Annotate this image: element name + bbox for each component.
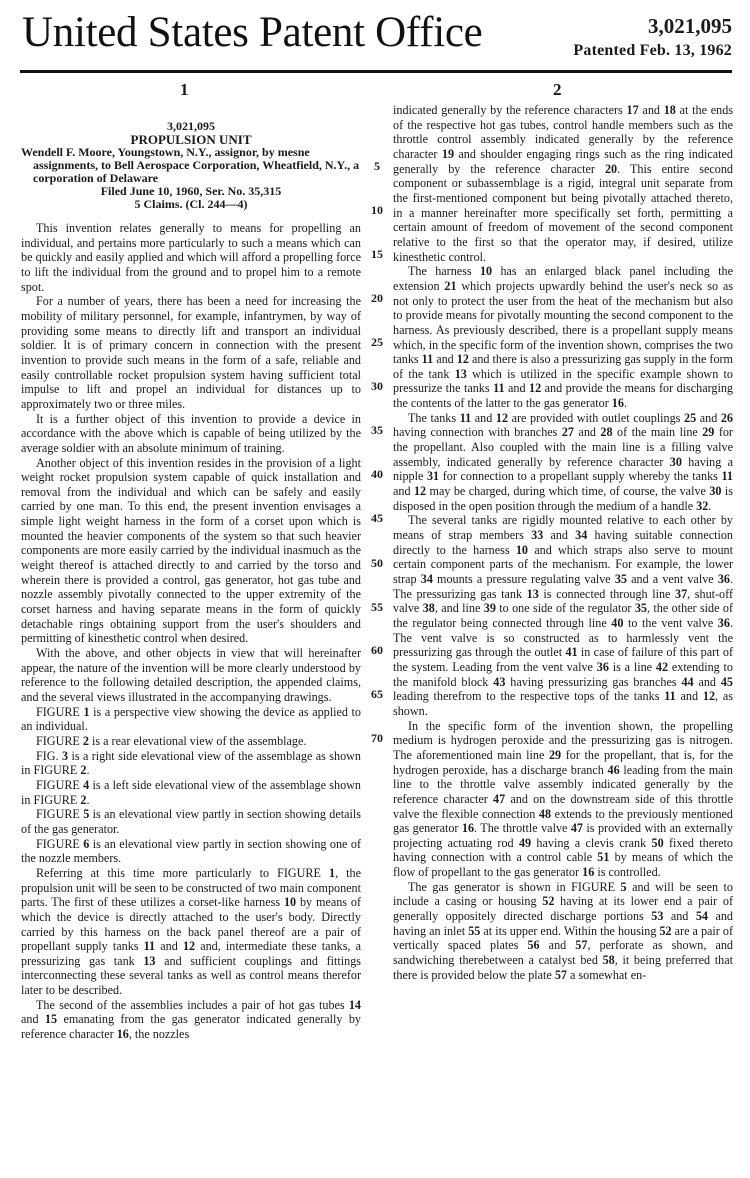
inventor-line: Wendell F. Moore, Youngstown, N.Y., assi… bbox=[21, 146, 361, 185]
paragraph: This invention relates generally to mean… bbox=[21, 221, 361, 294]
paragraph: FIGURE 6 is an elevational view partly i… bbox=[21, 837, 361, 866]
line-number: 60 bbox=[362, 643, 392, 658]
paragraph: Referring at this time more particularly… bbox=[21, 866, 361, 998]
paragraph: The tanks 11 and 12 are provided with ou… bbox=[393, 411, 733, 514]
line-number: 25 bbox=[362, 335, 392, 350]
patent-number: 3,021,095 bbox=[648, 14, 732, 38]
paragraph: FIGURE 1 is a perspective view showing t… bbox=[21, 705, 361, 734]
column-2: indicated generally by the reference cha… bbox=[393, 103, 733, 982]
line-number: 10 bbox=[362, 203, 392, 218]
header-rule bbox=[20, 70, 732, 73]
paragraph: The second of the assemblies includes a … bbox=[21, 998, 361, 1042]
line-number: 40 bbox=[362, 467, 392, 482]
line-number: 5 bbox=[362, 159, 392, 174]
paragraph: For a number of years, there has been a … bbox=[21, 294, 361, 411]
paragraph: With the above, and other objects in vie… bbox=[21, 646, 361, 705]
line-number: 70 bbox=[362, 731, 392, 746]
patent-heading: 3,021,095 PROPULSION UNIT Wendell F. Moo… bbox=[21, 120, 361, 211]
column-1: 3,021,095 PROPULSION UNIT Wendell F. Moo… bbox=[21, 120, 361, 1042]
patented-date: Patented Feb. 13, 1962 bbox=[573, 41, 732, 61]
column-number-1: 1 bbox=[180, 80, 189, 100]
paragraph: The several tanks are rigidly mounted re… bbox=[393, 513, 733, 718]
column-2-body: indicated generally by the reference cha… bbox=[393, 103, 733, 982]
paragraph: FIGURE 5 is an elevational view partly i… bbox=[21, 807, 361, 836]
paragraph: The gas generator is shown in FIGURE 5 a… bbox=[393, 880, 733, 983]
line-number: 15 bbox=[362, 247, 392, 262]
claims-line: 5 Claims. (Cl. 244—4) bbox=[21, 198, 361, 211]
masthead: United States Patent Office 3,021,095 Pa… bbox=[22, 8, 732, 68]
line-number: 45 bbox=[362, 511, 392, 526]
column-number-2: 2 bbox=[553, 80, 562, 100]
paragraph: FIGURE 4 is a left side elevational view… bbox=[21, 778, 361, 807]
paragraph: It is a further object of this invention… bbox=[21, 412, 361, 456]
paragraph: FIG. 3 is a right side elevational view … bbox=[21, 749, 361, 778]
line-number: 30 bbox=[362, 379, 392, 394]
paragraph: In the specific form of the invention sh… bbox=[393, 719, 733, 880]
paragraph: FIGURE 2 is a rear elevational view of t… bbox=[21, 734, 361, 749]
line-number: 35 bbox=[362, 423, 392, 438]
paragraph: Another object of this invention resides… bbox=[21, 456, 361, 647]
paragraph: indicated generally by the reference cha… bbox=[393, 103, 733, 264]
column-1-body: This invention relates generally to mean… bbox=[21, 221, 361, 1042]
office-title: United States Patent Office bbox=[22, 8, 482, 58]
line-number: 65 bbox=[362, 687, 392, 702]
line-number: 50 bbox=[362, 556, 392, 571]
line-number: 20 bbox=[362, 291, 392, 306]
line-number: 55 bbox=[362, 600, 392, 615]
paragraph: The harness 10 has an enlarged black pan… bbox=[393, 264, 733, 411]
